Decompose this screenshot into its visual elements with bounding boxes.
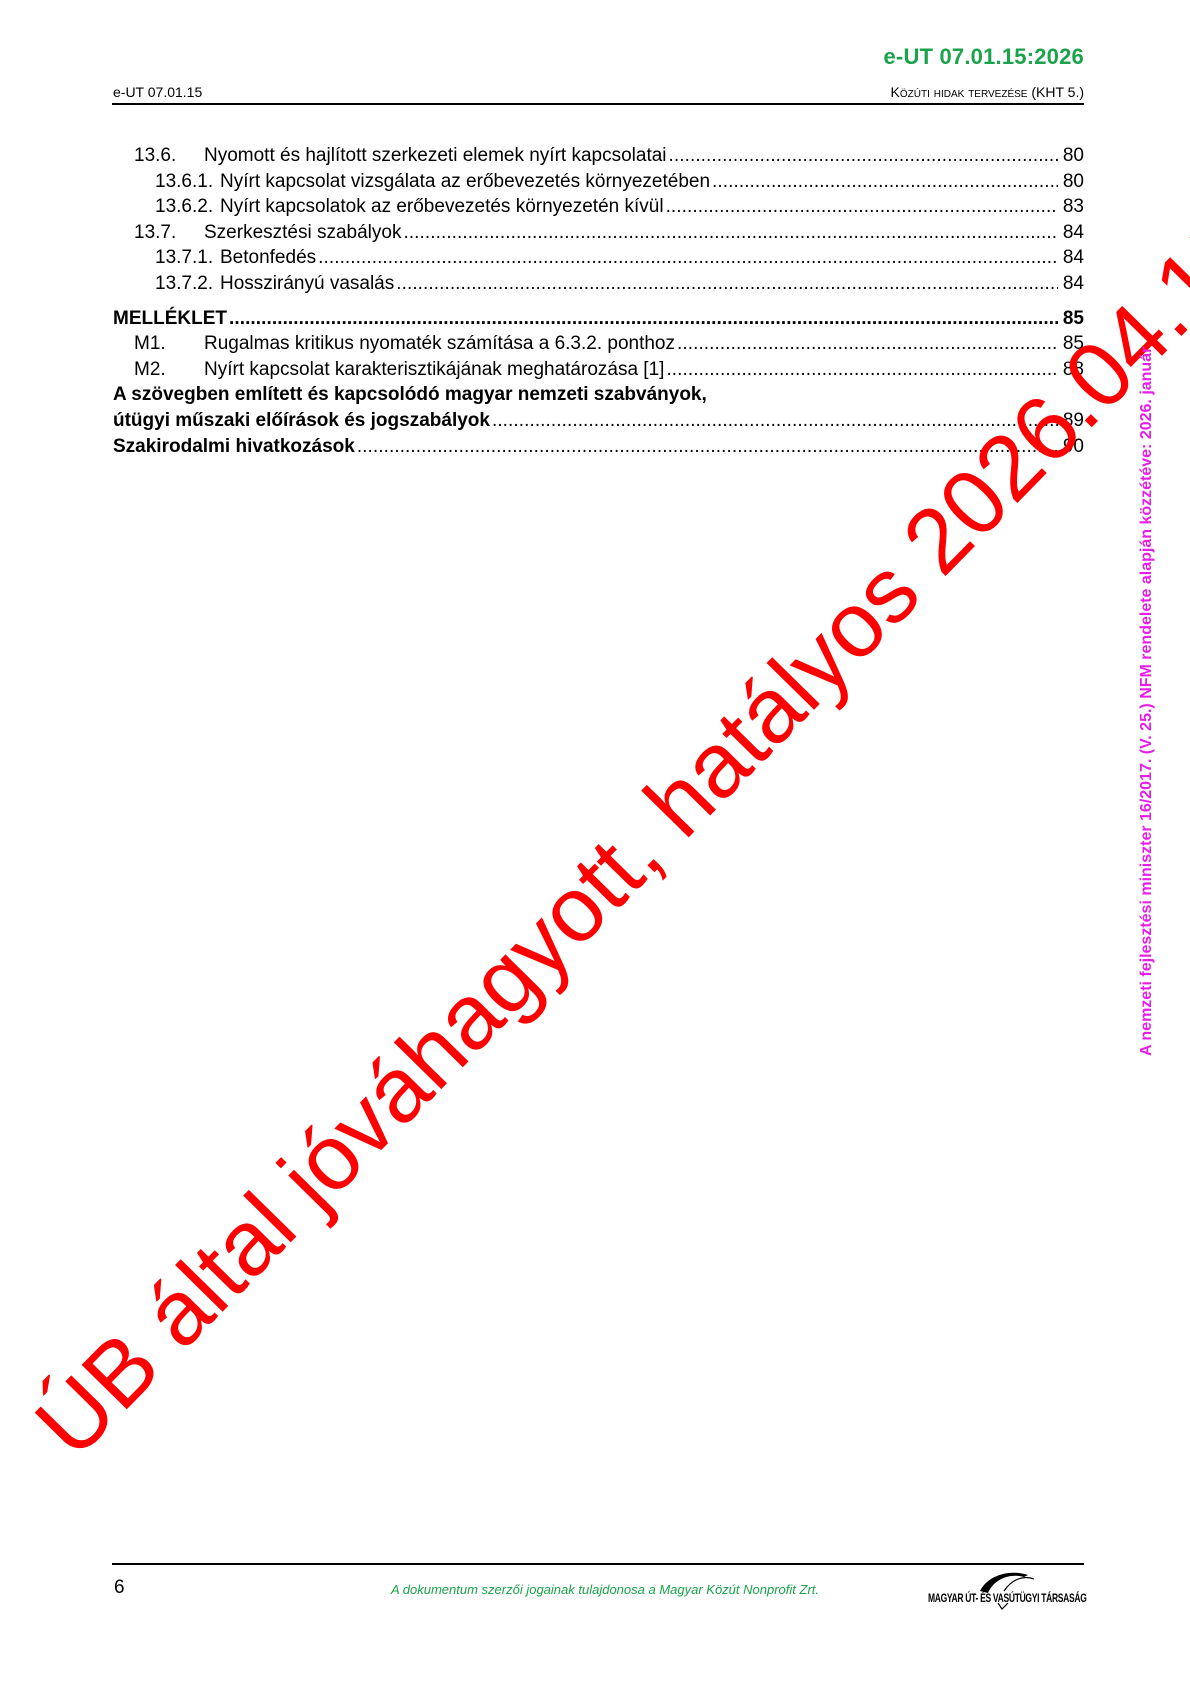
toc-number: 13.7.1.	[155, 245, 220, 271]
toc-leader	[403, 220, 1058, 246]
header-title-text: Közúti hidak tervezése	[891, 84, 1028, 100]
header-document-title: Közúti hidak tervezése (KHT 5.)	[891, 84, 1084, 100]
toc-entry[interactable]: 13.7.2. Hosszirányú vasalás 84	[113, 271, 1084, 297]
toc-entry[interactable]: M2. Nyírt kapcsolat karakterisztikájának…	[113, 357, 1084, 383]
toc-number: 13.7.2.	[155, 271, 220, 297]
toc-number: 13.7.	[134, 220, 204, 246]
toc-leader	[396, 271, 1058, 297]
toc-page: 80	[1060, 143, 1084, 169]
header-rule	[112, 103, 1084, 105]
toc-entry[interactable]: MELLÉKLET 85	[113, 306, 1084, 332]
toc-number: M2.	[134, 357, 204, 383]
toc-title: útügyi műszaki előírások és jogszabályok	[113, 408, 490, 434]
toc-page: 84	[1060, 220, 1084, 246]
toc-title: MELLÉKLET	[113, 306, 227, 332]
document-code: e-UT 07.01.15:2026	[883, 44, 1084, 70]
toc-entry[interactable]: Szakirodalmi hivatkozások 90	[113, 434, 1084, 460]
header-document-id: e-UT 07.01.15	[113, 84, 202, 100]
toc-number: 13.6.2.	[155, 194, 220, 220]
toc-number: 13.6.	[134, 143, 204, 169]
toc-title: Nyomott és hajlított szerkezeti elemek n…	[204, 143, 667, 169]
toc-title: Betonfedés	[220, 245, 316, 271]
toc-title: Nyírt kapcsolat karakterisztikájának meg…	[204, 357, 664, 383]
toc-title: Hosszirányú vasalás	[220, 271, 394, 297]
publication-notice: A nemzeti fejlesztési miniszter 16/2017.…	[1138, 347, 1156, 1056]
toc-entry[interactable]: 13.6. Nyomott és hajlított szerkezeti el…	[113, 143, 1084, 169]
toc-title: Nyírt kapcsolatok az erőbevezetés környe…	[220, 194, 664, 220]
toc-number: M1.	[134, 331, 204, 357]
toc-leader	[318, 245, 1058, 271]
toc-leader	[677, 331, 1058, 357]
toc-title: Nyírt kapcsolat vizsgálata az erőbevezet…	[220, 169, 710, 195]
toc-leader	[666, 357, 1058, 383]
toc-number: 13.6.1.	[155, 169, 220, 195]
toc-title: Rugalmas kritikus nyomaték számítása a 6…	[204, 331, 675, 357]
toc-page: 84	[1060, 271, 1084, 297]
toc-entry[interactable]: 13.6.1. Nyírt kapcsolat vizsgálata az er…	[113, 169, 1084, 195]
toc-entry[interactable]: 13.6.2. Nyírt kapcsolatok az erőbevezeté…	[113, 194, 1084, 220]
toc-page: 83	[1060, 194, 1084, 220]
footer-rule	[112, 1563, 1084, 1565]
toc-leader	[669, 143, 1058, 169]
logo-text: MAGYAR ÚT- ÉS VASÚTÜGYI TÁRSASÁG	[928, 1591, 1087, 1605]
toc-leader	[666, 194, 1058, 220]
society-logo: MAGYAR ÚT- ÉS VASÚTÜGYI TÁRSASÁG	[928, 1567, 1086, 1611]
toc-title: Szakirodalmi hivatkozások	[113, 434, 355, 460]
toc-entry[interactable]: útügyi műszaki előírások és jogszabályok…	[113, 408, 1084, 434]
toc-title-line[interactable]: A szövegben említett és kapcsolódó magya…	[113, 382, 1084, 408]
toc-entry[interactable]: 13.7.1. Betonfedés 84	[113, 245, 1084, 271]
toc-entry[interactable]: 13.7. Szerkesztési szabályok 84	[113, 220, 1084, 246]
toc-page: 84	[1060, 245, 1084, 271]
toc-leader	[229, 306, 1058, 332]
toc-title: Szerkesztési szabályok	[204, 220, 401, 246]
toc-page: 80	[1060, 169, 1084, 195]
toc-entry[interactable]: M1. Rugalmas kritikus nyomaték számítása…	[113, 331, 1084, 357]
table-of-contents: 13.6. Nyomott és hajlított szerkezeti el…	[113, 143, 1084, 459]
header-title-suffix: (KHT 5.)	[1027, 84, 1084, 100]
toc-leader	[712, 169, 1058, 195]
